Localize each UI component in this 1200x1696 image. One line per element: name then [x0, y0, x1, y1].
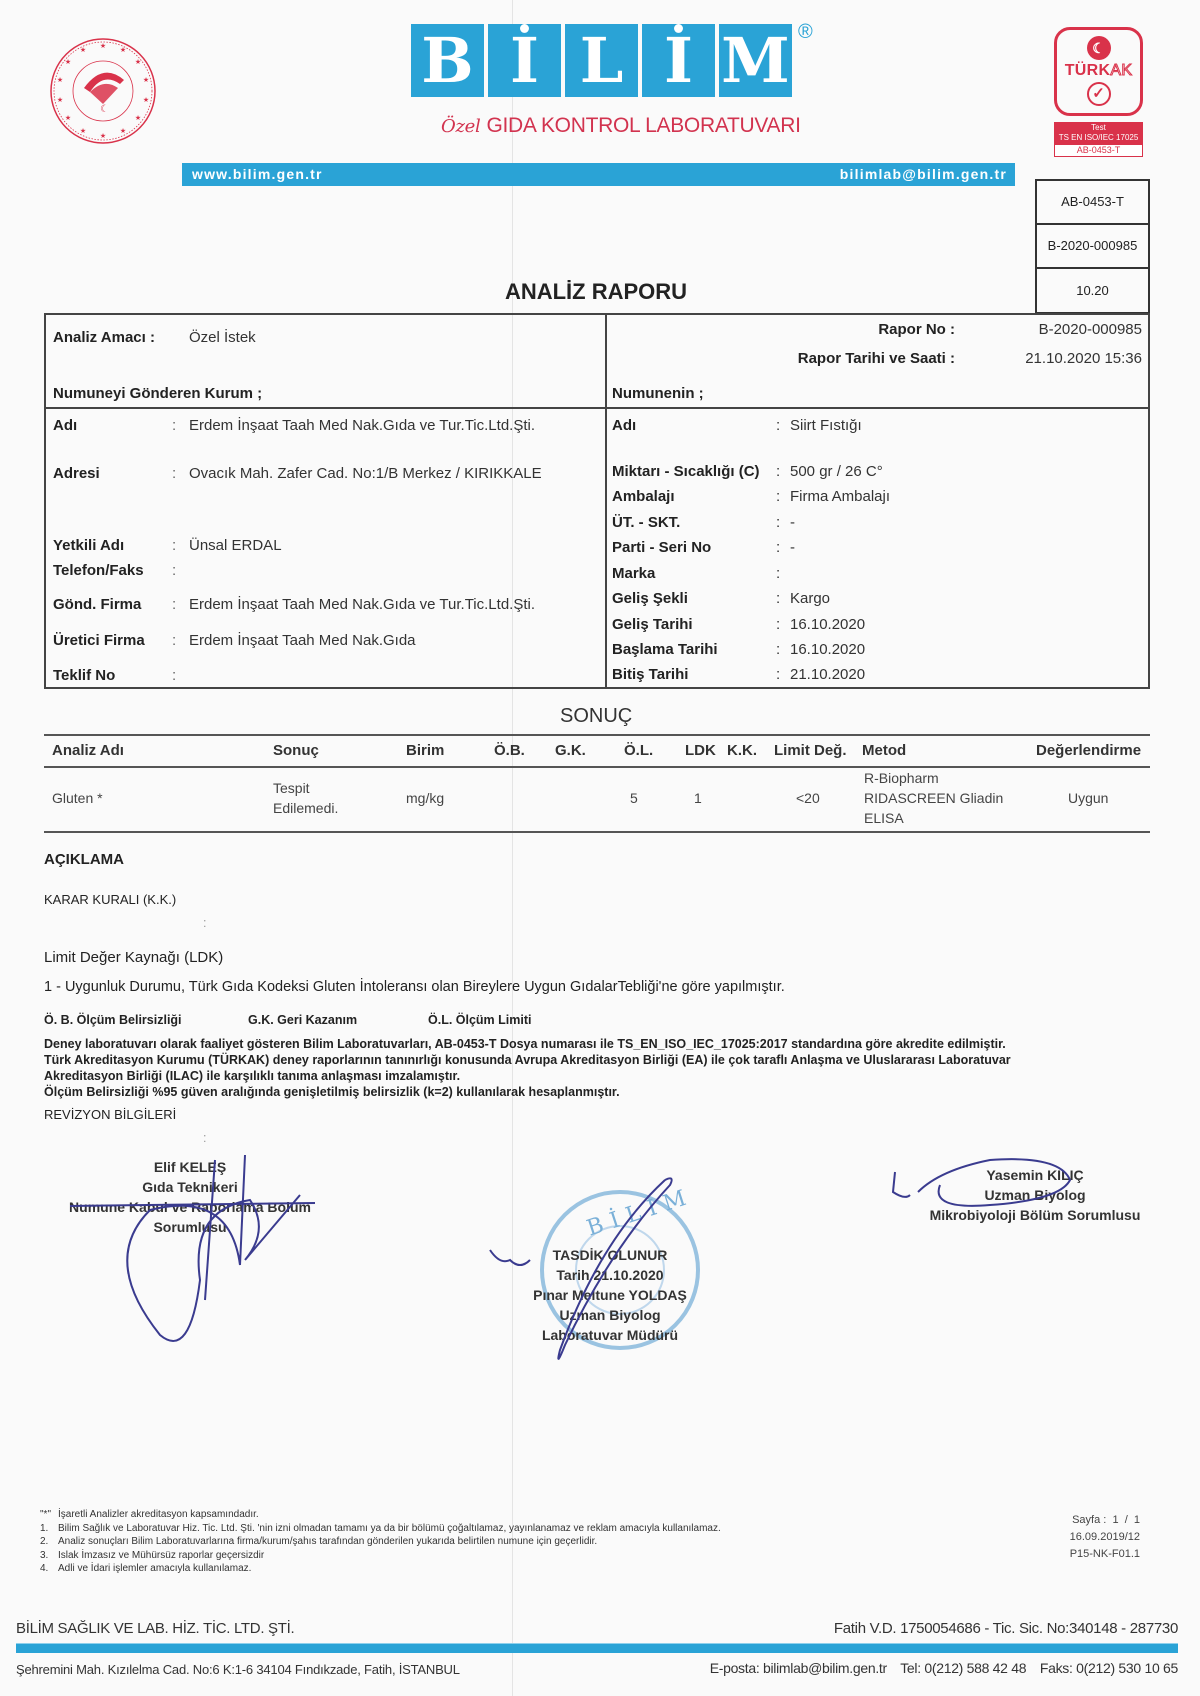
accreditation-number-box: AB-0453-T: [1035, 179, 1150, 225]
accreditation-text: Deney laboratuvarı olarak faaliyet göste…: [44, 1036, 1154, 1100]
rapor-tarihi-value: 21.10.2020 15:36: [1025, 350, 1142, 367]
svg-text:★: ★: [100, 132, 106, 140]
logo-letter: L: [565, 24, 638, 97]
handwritten-signatures-icon: [0, 1100, 1200, 1380]
sample-field-value: -: [790, 514, 795, 531]
sender-field-label: Telefon/Faks: [53, 562, 144, 579]
footer-email[interactable]: E-posta: bilimlab@bilim.gen.tr: [710, 1660, 887, 1676]
footer-bar: [16, 1643, 1178, 1653]
svg-text:★: ★: [120, 46, 126, 54]
sender-field-colon: :: [172, 537, 176, 554]
sample-field-value: 21.10.2020: [790, 666, 865, 683]
sample-field-colon: :: [776, 565, 780, 582]
sample-field-colon: :: [776, 417, 780, 434]
sender-field-value: Erdem İnşaat Taah Med Nak.Gıda: [189, 632, 416, 649]
analiz-amaci-value: Özel İstek: [189, 329, 256, 346]
sender-field-value: Ünsal ERDAL: [189, 537, 282, 554]
sample-field-label: Adı: [612, 417, 636, 434]
form-code: P15-NK-F01.1: [1070, 1546, 1140, 1563]
lab-subtitle: ÖzelGIDA KONTROL LABORATUVARI: [441, 114, 801, 138]
rapor-no-label: Rapor No :: [878, 321, 955, 338]
sample-field-label: Ambalajı: [612, 488, 675, 505]
column-header: Metod: [862, 742, 906, 759]
sender-field-label: Teklif No: [53, 667, 115, 684]
karar-kurali-heading: KARAR KURALI (K.K.): [44, 892, 176, 907]
sender-field-label: Yetkili Adı: [53, 537, 124, 554]
column-header: Ö.L.: [624, 742, 653, 759]
column-header: Limit Değ.: [774, 742, 847, 759]
table-bottom-rule: [44, 831, 1150, 833]
logo-letter: İ: [642, 24, 715, 97]
column-header: Sonuç: [273, 742, 319, 759]
sample-field-colon: :: [776, 616, 780, 633]
column-header: G.K.: [555, 742, 586, 759]
sample-field-label: Başlama Tarihi: [612, 641, 718, 658]
sender-field-value: Ovacık Mah. Zafer Cad. No:1/B Merkez / K…: [189, 465, 542, 482]
ldk-heading: Limit Değer Kaynağı (LDK): [44, 949, 223, 966]
column-header: Birim: [406, 742, 444, 759]
page-info: Sayfa : 1 / 1 16.09.2019/12 P15-NK-F01.1: [1070, 1512, 1140, 1563]
analiz-amaci-label: Analiz Amacı :: [53, 329, 155, 346]
cell-sonuc: TespitEdilemedi.: [273, 778, 338, 818]
legend-ob: Ö. B. Ölçüm Belirsizliği: [44, 1013, 182, 1027]
sample-field-value: Firma Ambalajı: [790, 488, 890, 505]
rapor-tarihi-label: Rapor Tarihi ve Saati :: [798, 350, 955, 367]
cell-analiz: Gluten *: [52, 788, 103, 808]
turkak-name: TÜRKAK: [1057, 62, 1140, 80]
cell-limit: <20: [796, 788, 820, 808]
sender-field-colon: :: [172, 465, 176, 482]
results-title: SONUÇ: [560, 705, 632, 728]
svg-text:★: ★: [120, 127, 126, 135]
svg-text:☾: ☾: [100, 104, 109, 115]
svg-text:★: ★: [100, 42, 106, 50]
sender-field-label: Adresi: [53, 465, 100, 482]
logo-letter: İ: [488, 24, 561, 97]
sender-field-value: Erdem İnşaat Taah Med Nak.Gıda ve Tur.Ti…: [189, 417, 535, 434]
aciklama-heading: AÇIKLAMA: [44, 851, 124, 868]
sample-field-value: -: [790, 539, 795, 556]
bilim-logo: B İ L İ M ®: [411, 24, 813, 97]
sample-field-value: Kargo: [790, 590, 830, 607]
karar-kurali-value: :: [203, 916, 206, 930]
cell-metod: R-BiopharmRIDASCREEN GliadinELISA: [864, 768, 1003, 828]
legend-ol: Ö.L. Ölçüm Limiti: [428, 1013, 531, 1027]
rapor-no-value: B-2020-000985: [1039, 321, 1142, 338]
svg-text:★: ★: [143, 96, 149, 104]
legend-gk: G.K. Geri Kazanım: [248, 1013, 357, 1027]
subtitle-prefix: Özel: [441, 116, 480, 137]
footnotes: "*"İşaretli Analizler akreditasyon kapsa…: [40, 1508, 721, 1576]
sender-field-value: Erdem İnşaat Taah Med Nak.Gıda ve Tur.Ti…: [189, 596, 535, 613]
sender-field-colon: :: [172, 632, 176, 649]
turkak-band: Test TS EN ISO/IEC 17025: [1054, 122, 1143, 144]
svg-text:★: ★: [143, 76, 149, 84]
sample-field-value: Siirt Fıstığı: [790, 417, 862, 434]
crescent-star-icon: ☾: [1087, 36, 1111, 60]
sample-field-colon: :: [776, 590, 780, 607]
sender-field-colon: :: [172, 562, 176, 579]
column-header: Değerlendirme: [1036, 742, 1141, 759]
page-title: ANALİZ RAPORU: [0, 279, 1200, 305]
ministry-seal-icon: ★★★★ ★★★★ ★★★★ ★★ ☾: [48, 36, 158, 146]
svg-text:★: ★: [57, 76, 63, 84]
sample-field-colon: :: [776, 641, 780, 658]
column-header: LDK: [685, 742, 716, 759]
column-header: K.K.: [727, 742, 757, 759]
svg-text:★: ★: [80, 127, 86, 135]
logo-letter: M: [719, 24, 792, 97]
sample-field-colon: :: [776, 666, 780, 683]
email-link[interactable]: bilimlab@bilim.gen.tr: [840, 163, 1007, 186]
turkak-code: AB-0453-T: [1054, 144, 1143, 157]
table-top-rule: [44, 734, 1150, 736]
logo-letter: B: [411, 24, 484, 97]
turkak-badge: ☾ TÜRKAK ✓ Test TS EN ISO/IEC 17025 AB-0…: [1054, 27, 1143, 157]
website-link[interactable]: www.bilim.gen.tr: [192, 163, 323, 186]
page-number: Sayfa : 1 / 1: [1070, 1512, 1140, 1529]
sample-field-colon: :: [776, 463, 780, 480]
svg-text:★: ★: [65, 58, 71, 66]
sample-field-colon: :: [776, 514, 780, 531]
sample-field-label: Miktarı - Sıcaklığı (C): [612, 463, 760, 480]
revision-date: 16.09.2019/12: [1070, 1529, 1140, 1546]
sample-field-colon: :: [776, 539, 780, 556]
sample-field-label: Geliş Tarihi: [612, 616, 693, 633]
column-header: Analiz Adı: [52, 742, 124, 759]
sender-field-colon: :: [172, 417, 176, 434]
sender-field-label: Üretici Firma: [53, 632, 145, 649]
checkmark-icon: ✓: [1087, 82, 1111, 106]
sender-field-label: Gönd. Firma: [53, 596, 141, 613]
paper-fold-line: [512, 0, 513, 1696]
sample-field-value: 16.10.2020: [790, 616, 865, 633]
sample-field-colon: :: [776, 488, 780, 505]
sample-field-label: Geliş Şekli: [612, 590, 688, 607]
contact-bar: www.bilim.gen.tr bilimlab@bilim.gen.tr: [182, 163, 1015, 186]
svg-text:★: ★: [65, 114, 71, 122]
report-number-box: B-2020-000985: [1035, 223, 1150, 269]
sample-field-label: Bitiş Tarihi: [612, 666, 688, 683]
cell-degerlendirme: Uygun: [1068, 788, 1108, 808]
svg-text:★: ★: [135, 114, 141, 122]
ldk-text: 1 - Uygunluk Durumu, Türk Gıda Kodeksi G…: [44, 979, 785, 995]
row-divider: [44, 407, 1150, 409]
svg-text:★: ★: [80, 46, 86, 54]
cell-ol: 5: [630, 788, 638, 808]
sender-field-label: Adı: [53, 417, 77, 434]
svg-text:★: ★: [57, 96, 63, 104]
sample-field-label: Marka: [612, 565, 655, 582]
footer-fax: Faks: 0(212) 530 10 65: [1040, 1660, 1178, 1676]
cell-ldk: 1: [694, 788, 702, 808]
company-name: BİLİM SAĞLIK VE LAB. HİZ. TİC. LTD. ŞTİ.: [16, 1620, 294, 1637]
tax-info: Fatih V.D. 1750054686 - Tic. Sic. No:340…: [834, 1620, 1178, 1637]
column-divider: [605, 313, 607, 689]
subtitle-text: GIDA KONTROL LABORATUVARI: [486, 114, 800, 137]
contact-info: E-posta: bilimlab@bilim.gen.tr Tel: 0(21…: [710, 1660, 1178, 1676]
sample-field-value: 500 gr / 26 C°: [790, 463, 883, 480]
registered-mark: ®: [798, 22, 813, 97]
column-header: Ö.B.: [494, 742, 525, 759]
sender-heading: Numuneyi Gönderen Kurum ;: [53, 385, 262, 402]
sample-heading: Numunenin ;: [612, 385, 704, 402]
cell-birim: mg/kg: [406, 788, 444, 808]
sample-field-label: ÜT. - SKT.: [612, 514, 680, 531]
sample-field-value: 16.10.2020: [790, 641, 865, 658]
footer-tel: Tel: 0(212) 588 42 48: [900, 1660, 1026, 1676]
sender-field-colon: :: [172, 596, 176, 613]
company-address: Şehremini Mah. Kızılelma Cad. No:6 K:1-6…: [16, 1662, 460, 1677]
sample-field-label: Parti - Seri No: [612, 539, 711, 556]
svg-text:★: ★: [135, 58, 141, 66]
sender-field-colon: :: [172, 667, 176, 684]
